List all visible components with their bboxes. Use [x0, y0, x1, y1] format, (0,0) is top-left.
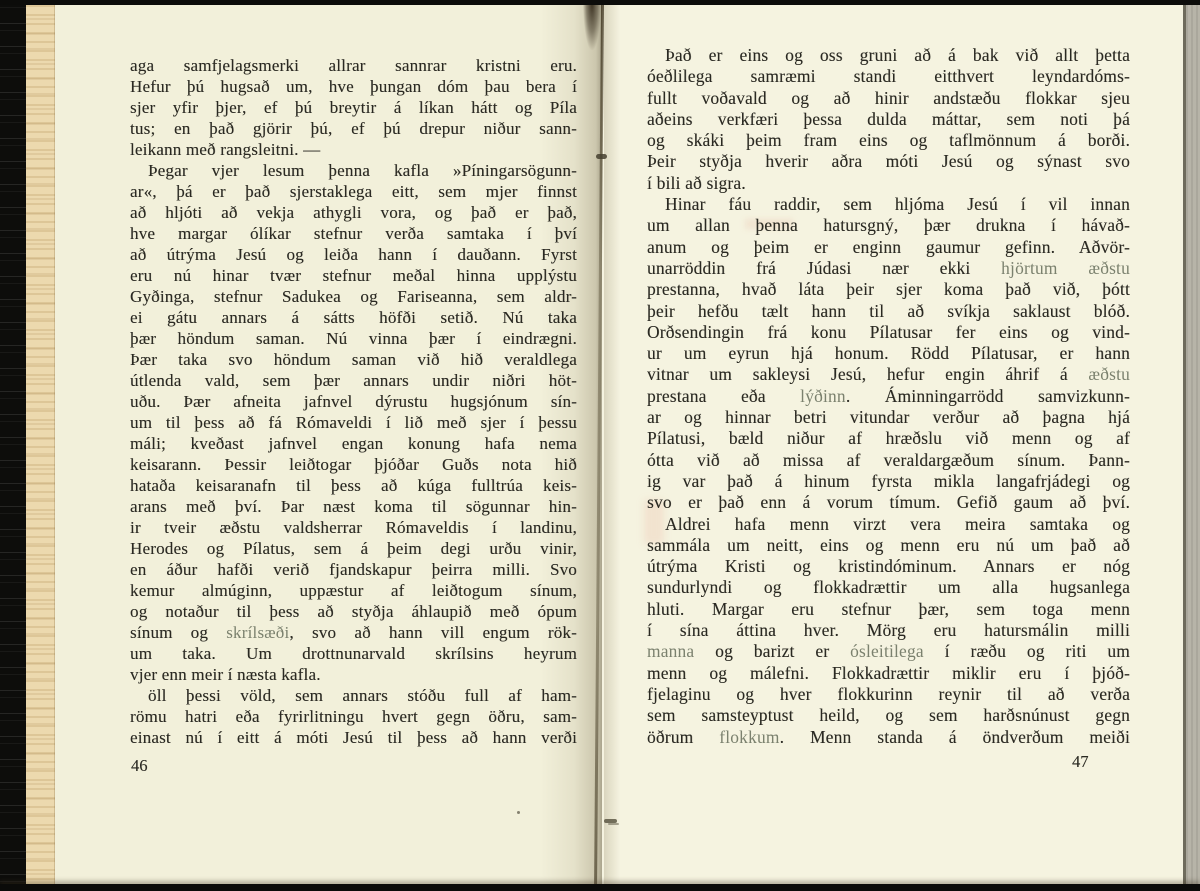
print-text: og skáki þeim fram eins og taflmönnum á … — [647, 130, 1130, 150]
text-line: Herodes og Pílatus, sem á þeim degi urðu… — [130, 538, 577, 559]
faded-print-text: ósleitilega — [850, 641, 924, 661]
print-text: að hljóti að vekja athygli vora, og það … — [130, 203, 577, 222]
text-line: um taka. Um drottnunarvald skrílsins hey… — [130, 643, 577, 664]
text-line: unarröddin frá Júdasi nær ekki hjörtum æ… — [647, 258, 1130, 279]
text-line: arans með því. Þar næst koma til sögunna… — [130, 496, 577, 517]
print-text: hataða keisaranafn til þess að kúga full… — [130, 476, 577, 495]
print-text: ir tveir æðstu valdsherrar Rómaveldis í … — [130, 518, 577, 537]
text-line: hluti. Margar eru stefnur þær, sem toga … — [647, 599, 1130, 620]
print-text: Gyðinga, stefnur Sadukea og Fariseanna, … — [130, 287, 577, 306]
text-line: prestana eða lýðinn. Áminningarrödd samv… — [647, 386, 1130, 407]
print-text: fullt voðavald og að hinir andstæðu flok… — [647, 88, 1130, 108]
print-text: öll þessi völd, sem annars stóðu full af… — [148, 686, 577, 705]
print-text: í bili að sigra. — [647, 173, 746, 193]
book-spine-edge — [0, 0, 26, 891]
text-line: fullt voðavald og að hinir andstæðu flok… — [647, 88, 1130, 109]
text-line: þeir hefðu tælt hann til að svíkja sakla… — [647, 301, 1130, 322]
print-text: vjer enn meir í næsta kafla. — [130, 665, 321, 684]
print-text: anum og þeim er enginn gaumur gefinn. Að… — [647, 237, 1130, 257]
text-line: leikann með rangsleitni. — — [130, 139, 577, 160]
text-line: uðu. Þær afneita jafnvel dýrustu hugsjón… — [130, 391, 577, 412]
print-text: ótta við að missa af veraldargæðum sínum… — [647, 450, 1130, 470]
text-line: einast nú í eitt á móti Jesú til þess að… — [130, 727, 577, 748]
print-text: að útrýma Jesú og leiða hann í dauðann. … — [130, 245, 577, 264]
scanner-edge-top — [0, 0, 1200, 5]
print-text: máli; kveðast jafnvel engan konung hafa … — [130, 434, 577, 453]
text-line: að hljóti að vekja athygli vora, og það … — [130, 202, 577, 223]
print-text: einast nú í eitt á móti Jesú til þess að… — [130, 728, 577, 747]
scan-speck — [596, 154, 607, 159]
print-text: en áður hafði verið fjandskapur þeirra m… — [130, 560, 577, 579]
text-line: útrýma Kristi og kristindóminum. Annars … — [647, 556, 1130, 577]
text-line: römu hatri eða fyrirlitningu hvert gegn … — [130, 706, 577, 727]
scan-speck — [517, 811, 520, 814]
print-text: , svo að hann vill engum rök- — [289, 623, 577, 642]
text-line: og skáki þeim fram eins og taflmönnum á … — [647, 130, 1130, 151]
print-text: Þeir styðja hverir aðra móti Jesú og sýn… — [647, 151, 1130, 171]
text-line: en áður hafði verið fjandskapur þeirra m… — [130, 559, 577, 580]
text-line: hve margar ólíkar stefnur verða samtaka … — [130, 223, 577, 244]
print-text: þeir hefðu tælt hann til að svíkja sakla… — [647, 301, 1130, 321]
text-line: öll þessi völd, sem annars stóðu full af… — [130, 685, 577, 706]
faded-print-text: skrílsæði — [226, 623, 289, 642]
right-page-number: 47 — [1072, 752, 1089, 772]
print-text: Pílatusi, bæld niður af hræðslu við menn… — [647, 428, 1130, 448]
print-text: arans með því. Þar næst koma til sögunna… — [130, 497, 577, 516]
left-page-text-block: aga samfjelagsmerki allrar sannrar krist… — [130, 55, 577, 748]
print-text: tus; en það gjörir þú, ef þú drepur niðu… — [130, 119, 577, 138]
text-line: Þegar vjer lesum þenna kafla »Píningarsö… — [130, 160, 577, 181]
text-line: og notaður til þess að styðja áhlaupið m… — [130, 601, 577, 622]
text-line: sjer yfir þjer, ef þú breytir á líkan há… — [130, 97, 577, 118]
text-line: ig var það á hinum fyrsta mikla langafrj… — [647, 471, 1130, 492]
print-text: öðrum — [647, 727, 719, 747]
print-text: ei gátu annars á sátts höfði setið. Nú t… — [130, 308, 577, 327]
print-text: prestana eða — [647, 386, 800, 406]
faded-print-text: æðstu — [1088, 364, 1130, 384]
scanner-edge-bottom — [0, 884, 1200, 891]
text-line: um allan þenna hatursgný, þær drukna í h… — [647, 215, 1130, 236]
text-line: keisarann. Þessir leiðtogar þjóðar Guðs … — [130, 454, 577, 475]
print-text: þær höndum saman. Nú vinna þær í eindræg… — [130, 329, 577, 348]
print-text: útlenda vald, sem þær annars undir niðri… — [130, 371, 577, 390]
text-line: um til þess að fá Rómaveldi í lið með sj… — [130, 412, 577, 433]
print-text: aga samfjelagsmerki allrar sannrar krist… — [130, 56, 577, 75]
text-line: útlenda vald, sem þær annars undir niðri… — [130, 370, 577, 391]
text-line: ei gátu annars á sátts höfði setið. Nú t… — [130, 307, 577, 328]
print-text: . Menn standa á öndverðum meiði — [780, 727, 1130, 747]
text-line: Hinar fáu raddir, sem hljóma Jesú í vil … — [647, 194, 1130, 215]
text-line: ar«, þá er það sjerstaklega eitt, sem mj… — [130, 181, 577, 202]
text-line: aðeins verkfæri þessa dulda máttar, sem … — [647, 109, 1130, 130]
print-text: unarröddin frá Júdasi nær ekki — [647, 258, 1001, 278]
text-line: Þær taka svo höndum saman við hið verald… — [130, 349, 577, 370]
faded-print-text: manna — [647, 641, 694, 661]
print-text: uðu. Þær afneita jafnvel dýrustu hugsjón… — [130, 392, 577, 411]
print-text: um til þess að fá Rómaveldi í lið með sj… — [130, 413, 577, 432]
text-line: Orðsendingin frá konu Pílatusar fer eins… — [647, 322, 1130, 343]
print-text: og notaður til þess að styðja áhlaupið m… — [130, 602, 577, 621]
text-line: óeðlilega samræmi standi eitthvert leynd… — [647, 66, 1130, 87]
print-text: menn og málefni. Flokkadrættir miklir er… — [647, 663, 1130, 683]
text-line: tus; en það gjörir þú, ef þú drepur niðu… — [130, 118, 577, 139]
print-text: fjelaginu og hver flokkurinn reynir til … — [647, 684, 1130, 704]
faded-print-text: hjörtum æðstu — [1001, 258, 1130, 278]
left-page-number: 46 — [131, 756, 148, 776]
text-line: Það er eins og oss gruni að á bak við al… — [647, 45, 1130, 66]
text-line: eru nú hinar tvær stefnur meðal hinna up… — [130, 265, 577, 286]
text-line: vitnar um sakleysi Jesú, hefur engin áhr… — [647, 364, 1130, 385]
print-text: Það er eins og oss gruni að á bak við al… — [665, 45, 1130, 65]
right-page-text-block: Það er eins og oss gruni að á bak við al… — [647, 45, 1130, 748]
text-line: hataða keisaranafn til þess að kúga full… — [130, 475, 577, 496]
text-line: að útrýma Jesú og leiða hann í dauðann. … — [130, 244, 577, 265]
print-text: Hefur þú hugsað um, hve þungan dóm þau b… — [130, 77, 577, 96]
text-line: öðrum flokkum. Menn standa á öndverðum m… — [647, 727, 1130, 748]
print-text: Orðsendingin frá konu Pílatusar fer eins… — [647, 322, 1130, 342]
print-text: og barizt er — [694, 641, 850, 661]
print-text: Aldrei hafa menn virzt vera meira samtak… — [665, 514, 1130, 534]
text-line: sammála um neitt, eins og menn eru nú um… — [647, 535, 1130, 556]
text-line: ir tveir æðstu valdsherrar Rómaveldis í … — [130, 517, 577, 538]
scanner-edge-right — [1183, 5, 1200, 884]
text-line: Pílatusi, bæld niður af hræðslu við menn… — [647, 428, 1130, 449]
text-line: vjer enn meir í næsta kafla. — [130, 664, 577, 685]
print-text: um allan þenna hatursgný, þær drukna í h… — [647, 215, 1130, 235]
print-text: óeðlilega samræmi standi eitthvert leynd… — [647, 66, 1130, 86]
print-text: í ræðu og riti um — [924, 641, 1130, 661]
print-text: leikann með rangsleitni. — — [130, 140, 320, 159]
text-line: Aldrei hafa menn virzt vera meira samtak… — [647, 514, 1130, 535]
book-scan: aga samfjelagsmerki allrar sannrar krist… — [0, 0, 1200, 891]
text-line: Hefur þú hugsað um, hve þungan dóm þau b… — [130, 76, 577, 97]
print-text: sínum og — [130, 623, 226, 642]
print-text: ur um eyrun hjá honum. Rödd Pílatusar, e… — [647, 343, 1130, 363]
print-text: sammála um neitt, eins og menn eru nú um… — [647, 535, 1130, 555]
print-text: ar og hinnar betri vitundar verður að þa… — [647, 407, 1130, 427]
print-text: sem samsteyptust heild, og sem harðsnúnu… — [647, 705, 1130, 725]
print-text: um taka. Um drottnunarvald skrílsins hey… — [130, 644, 577, 663]
print-text: sundurlyndi og flokkadrættir um alla hug… — [647, 577, 1130, 597]
text-line: anum og þeim er enginn gaumur gefinn. Að… — [647, 237, 1130, 258]
print-text: Hinar fáu raddir, sem hljóma Jesú í vil … — [665, 194, 1130, 214]
text-line: aga samfjelagsmerki allrar sannrar krist… — [130, 55, 577, 76]
print-text: Þær taka svo höndum saman við hið verald… — [130, 350, 577, 369]
print-text: keisarann. Þessir leiðtogar þjóðar Guðs … — [130, 455, 577, 474]
print-text: . Áminningarrödd samvizkunn- — [846, 386, 1130, 406]
text-line: prestanna, hvað láta þeir sjer koma það … — [647, 279, 1130, 300]
print-text: í sína áttina hver. Mörg eru hatursmálin… — [647, 620, 1130, 640]
text-line: kemur almúginn, uppæstur af leiðtogum sí… — [130, 580, 577, 601]
print-text: kemur almúginn, uppæstur af leiðtogum sí… — [130, 581, 577, 600]
text-line: svo er það enn á vorum tímum. Gefið gaum… — [647, 492, 1130, 513]
page-edge-stack — [26, 5, 55, 884]
text-line: í bili að sigra. — [647, 173, 1130, 194]
print-text: svo er það enn á vorum tímum. Gefið gaum… — [647, 492, 1130, 512]
scan-speck — [604, 819, 617, 823]
text-line: sundurlyndi og flokkadrættir um alla hug… — [647, 577, 1130, 598]
text-line: menn og málefni. Flokkadrættir miklir er… — [647, 663, 1130, 684]
text-line: máli; kveðast jafnvel engan konung hafa … — [130, 433, 577, 454]
print-text: útrýma Kristi og kristindóminum. Annars … — [647, 556, 1130, 576]
text-line: manna og barizt er ósleitilega í ræðu og… — [647, 641, 1130, 662]
print-text: hve margar ólíkar stefnur verða samtaka … — [130, 224, 577, 243]
text-line: ur um eyrun hjá honum. Rödd Pílatusar, e… — [647, 343, 1130, 364]
print-text: Þegar vjer lesum þenna kafla »Píningarsö… — [148, 161, 577, 180]
text-line: í sína áttina hver. Mörg eru hatursmálin… — [647, 620, 1130, 641]
text-line: ar og hinnar betri vitundar verður að þa… — [647, 407, 1130, 428]
print-text: aðeins verkfæri þessa dulda máttar, sem … — [647, 109, 1130, 129]
text-line: sem samsteyptust heild, og sem harðsnúnu… — [647, 705, 1130, 726]
text-line: Gyðinga, stefnur Sadukea og Fariseanna, … — [130, 286, 577, 307]
faded-print-text: flokkum — [719, 727, 779, 747]
print-text: Herodes og Pílatus, sem á þeim degi urðu… — [130, 539, 577, 558]
print-text: vitnar um sakleysi Jesú, hefur engin áhr… — [647, 364, 1088, 384]
gutter-shadow-right — [604, 5, 620, 884]
print-text: sjer yfir þjer, ef þú breytir á líkan há… — [130, 98, 577, 117]
print-text: hluti. Margar eru stefnur þær, sem toga … — [647, 599, 1130, 619]
text-line: sínum og skrílsæði, svo að hann vill eng… — [130, 622, 577, 643]
print-text: eru nú hinar tvær stefnur meðal hinna up… — [130, 266, 577, 285]
print-text: ig var það á hinum fyrsta mikla langafrj… — [647, 471, 1130, 491]
print-text: römu hatri eða fyrirlitningu hvert gegn … — [130, 707, 577, 726]
print-text: prestanna, hvað láta þeir sjer koma það … — [647, 279, 1130, 299]
text-line: Þeir styðja hverir aðra móti Jesú og sýn… — [647, 151, 1130, 172]
faded-print-text: lýðinn — [800, 386, 846, 406]
text-line: þær höndum saman. Nú vinna þær í eindræg… — [130, 328, 577, 349]
text-line: fjelaginu og hver flokkurinn reynir til … — [647, 684, 1130, 705]
print-text: ar«, þá er það sjerstaklega eitt, sem mj… — [130, 182, 577, 201]
text-line: ótta við að missa af veraldargæðum sínum… — [647, 450, 1130, 471]
gutter-top-shadow — [583, 0, 601, 50]
